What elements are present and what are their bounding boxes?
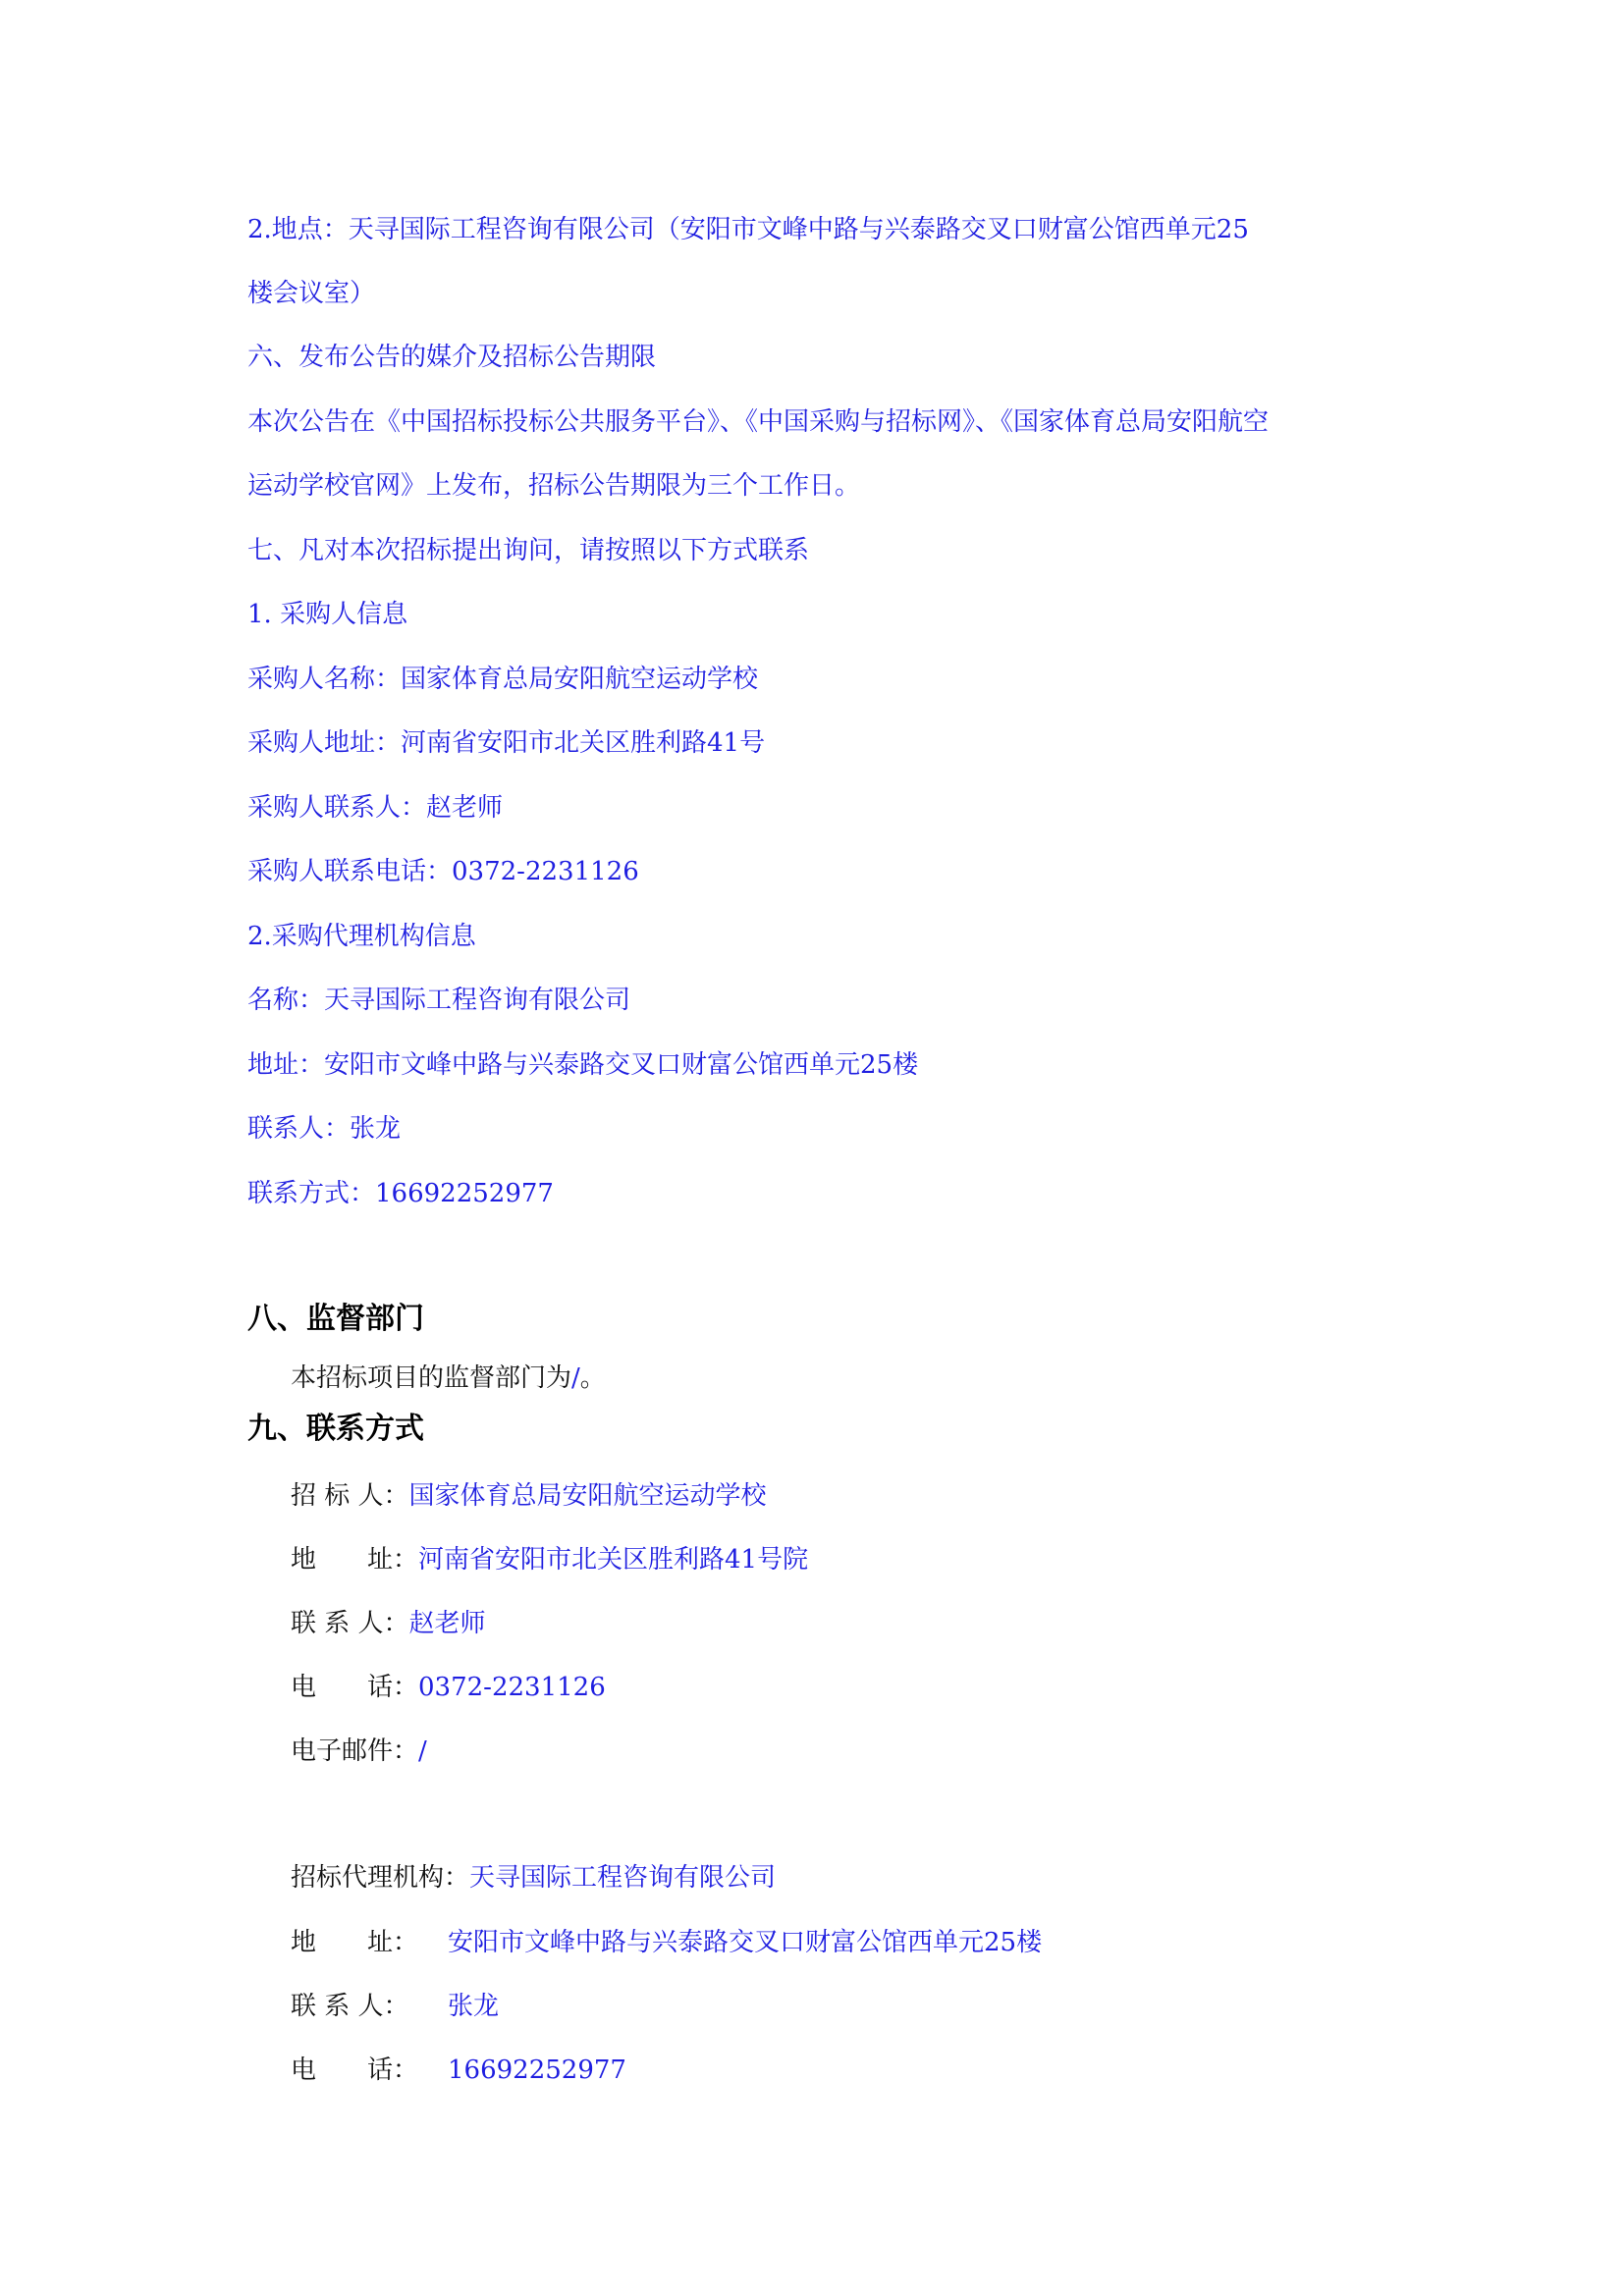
purchaser-info-heading: 1. 采购人信息 [247, 599, 407, 630]
section-6-title: 六、发布公告的媒介及招标公告期限 [247, 342, 656, 373]
agency-name: 名称：天寻国际工程咨询有限公司 [247, 985, 630, 1016]
agency-phone: 联系方式：16692252977 [247, 1178, 554, 1209]
agency-phone-row: 电 话：16692252977 [291, 2055, 626, 2086]
tenderer-label: 招 标 人： [291, 1480, 409, 1512]
supervision-body: 本招标项目的监督部门为/。 [291, 1362, 606, 1394]
agency-info-heading: 2.采购代理机构信息 [247, 921, 476, 952]
section-9-title: 九、联系方式 [247, 1414, 424, 1445]
tenderer-phone-row: 电 话：0372-2231126 [291, 1672, 606, 1703]
purchaser-contact: 采购人联系人：赵老师 [247, 792, 503, 824]
agency-phone-label: 电 话： [291, 2055, 448, 2086]
agency-contact: 联系人：张龙 [247, 1113, 401, 1145]
tenderer-address-value: 河南省安阳市北关区胜利路41号院 [418, 1545, 808, 1575]
section-6-body-line-2: 运动学校官网》上发布，招标公告期限为三个工作日。 [247, 470, 860, 502]
purchaser-name: 采购人名称：国家体育总局安阳航空运动学校 [247, 664, 758, 695]
tenderer-address-row: 地 址：河南省安阳市北关区胜利路41号院 [291, 1544, 808, 1575]
tenderer-phone-label: 电 话： [291, 1672, 418, 1703]
agency-contact-label: 联 系 人： [291, 1991, 448, 2022]
agency-address: 地址：安阳市文峰中路与兴泰路交叉口财富公馆西单元25楼 [247, 1049, 918, 1081]
tenderer-phone-value: 0372-2231126 [418, 1673, 606, 1702]
agency-contact-row: 联 系 人：张龙 [291, 1991, 499, 2022]
supervision-prefix: 本招标项目的监督部门为 [291, 1363, 571, 1393]
tenderer-contact-row: 联 系 人：赵老师 [291, 1608, 486, 1639]
supervision-value: / [571, 1363, 580, 1393]
agency-address-value: 安阳市文峰中路与兴泰路交叉口财富公馆西单元25楼 [448, 1928, 1042, 1957]
section-7-title: 七、凡对本次招标提出询问，请按照以下方式联系 [247, 535, 809, 566]
tenderer-email-label: 电子邮件： [291, 1735, 418, 1767]
agency-row: 招标代理机构：天寻国际工程咨询有限公司 [291, 1862, 776, 1894]
purchaser-address: 采购人地址：河南省安阳市北关区胜利路41号 [247, 727, 765, 759]
agency-contact-value: 张龙 [448, 1992, 499, 2021]
tenderer-email-row: 电子邮件：/ [291, 1735, 427, 1767]
agency-value: 天寻国际工程咨询有限公司 [469, 1863, 776, 1893]
agency-address-row: 地 址：安阳市文峰中路与兴泰路交叉口财富公馆西单元25楼 [291, 1927, 1042, 1958]
tenderer-address-label: 地 址： [291, 1544, 418, 1575]
supervision-suffix: 。 [580, 1363, 606, 1393]
agency-label: 招标代理机构： [291, 1862, 469, 1894]
tenderer-contact-label: 联 系 人： [291, 1608, 409, 1639]
location-line-1: 2.地点：天寻国际工程咨询有限公司（安阳市文峰中路与兴泰路交叉口财富公馆西单元2… [247, 214, 1249, 245]
section-6-body-line-1: 本次公告在《中国招标投标公共服务平台》、《中国采购与招标网》、《国家体育总局安阳… [247, 406, 1269, 438]
section-8-title: 八、监督部门 [247, 1304, 424, 1335]
tenderer-row: 招 标 人：国家体育总局安阳航空运动学校 [291, 1480, 767, 1512]
agency-phone-value: 16692252977 [448, 2056, 626, 2085]
tenderer-contact-value: 赵老师 [409, 1609, 486, 1638]
tenderer-email-value: / [418, 1736, 427, 1766]
location-line-2: 楼会议室） [247, 278, 375, 309]
tenderer-value: 国家体育总局安阳航空运动学校 [409, 1481, 767, 1511]
agency-address-label: 地 址： [291, 1927, 448, 1958]
purchaser-phone: 采购人联系电话：0372-2231126 [247, 856, 639, 887]
